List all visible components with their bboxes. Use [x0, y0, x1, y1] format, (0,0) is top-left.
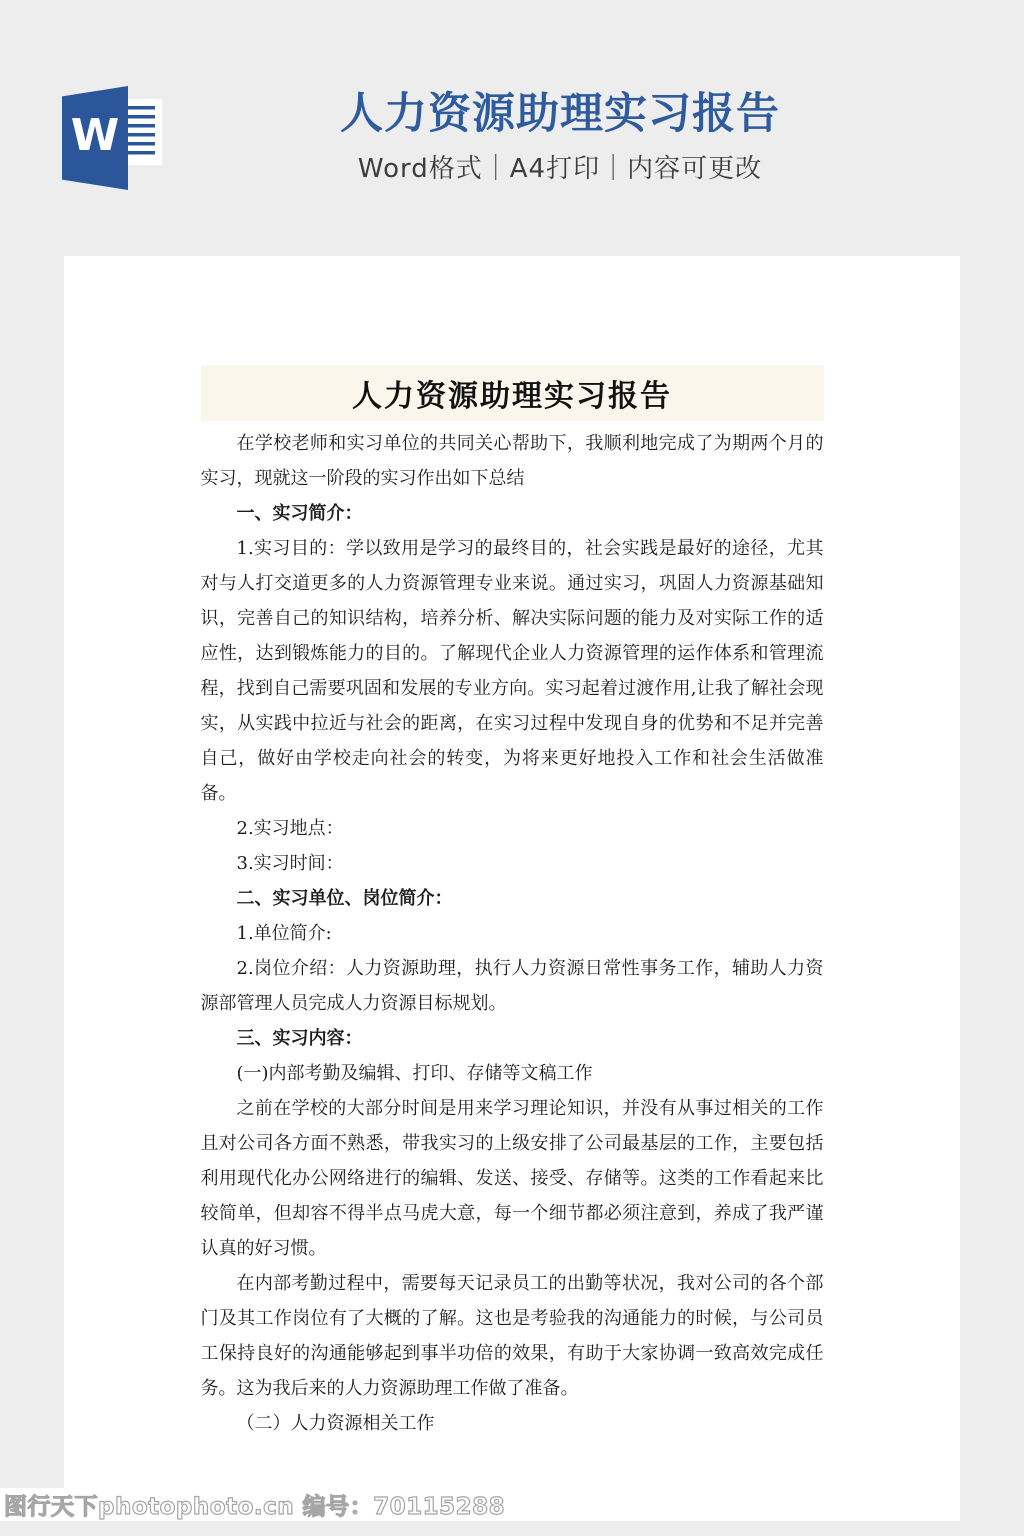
- watermark-band: 图行天下photophoto.cn 编号：70115288: [0, 1488, 960, 1521]
- paragraph-content-detail-1: 之前在学校的大部分时间是用来学习理论知识，并没有从事过相关的工作且对公司各方面不…: [201, 1091, 824, 1266]
- paragraph-intro: 在学校老师和实习单位的共同关心帮助下，我顺利地完成了为期两个月的实习，现就这一阶…: [201, 426, 824, 496]
- word-icon-letter: W: [71, 114, 120, 162]
- banner-title: 人力资源助理实习报告: [164, 90, 956, 139]
- paragraph-company-intro: 1.单位简介:: [201, 916, 824, 951]
- paragraph-location: 2.实习地点：: [201, 811, 824, 846]
- document-title-band: 人力资源助理实习报告: [201, 365, 824, 421]
- section-heading-2: 二、实习单位、岗位简介：: [201, 881, 824, 916]
- word-icon: W: [62, 86, 164, 190]
- header-banner: W 人力资源助理实习报告 Word格式｜A4打印｜内容可更改: [0, 0, 1024, 256]
- watermark-text: 图行天下photophoto.cn 编号：70115288: [0, 1488, 505, 1521]
- word-icon-cover: W: [62, 86, 128, 190]
- document-title: 人力资源助理实习报告: [352, 371, 672, 415]
- paragraph-content-detail-2: 在内部考勤过程中，需要每天记录员工的出勤等状况，我对公司的各个部门及其工作岗位有…: [201, 1266, 824, 1406]
- document-page: 人力资源助理实习报告 在学校老师和实习单位的共同关心帮助下，我顺利地完成了为期两…: [64, 256, 960, 1521]
- document-body: 在学校老师和实习单位的共同关心帮助下，我顺利地完成了为期两个月的实习，现就这一阶…: [201, 426, 824, 1441]
- banner-subtitle: Word格式｜A4打印｜内容可更改: [164, 148, 956, 185]
- paragraph-purpose: 1.实习目的：学以致用是学习的最终目的，社会实践是最好的途径，尤其对与人打交道更…: [201, 531, 824, 811]
- banner-text-block: 人力资源助理实习报告 Word格式｜A4打印｜内容可更改: [164, 0, 956, 185]
- paragraph-content-item-1: (一)内部考勤及编辑、打印、存储等文稿工作: [201, 1056, 824, 1091]
- section-heading-3: 三、实习内容：: [201, 1021, 824, 1056]
- section-heading-1: 一、实习简介：: [201, 496, 824, 531]
- paragraph-position-intro: 2.岗位介绍：人力资源助理，执行人力资源日常性事务工作，辅助人力资源部管理人员完…: [201, 951, 824, 1021]
- paragraph-time: 3.实习时间：: [201, 846, 824, 881]
- paragraph-content-item-2: （二）人力资源相关工作: [201, 1406, 824, 1441]
